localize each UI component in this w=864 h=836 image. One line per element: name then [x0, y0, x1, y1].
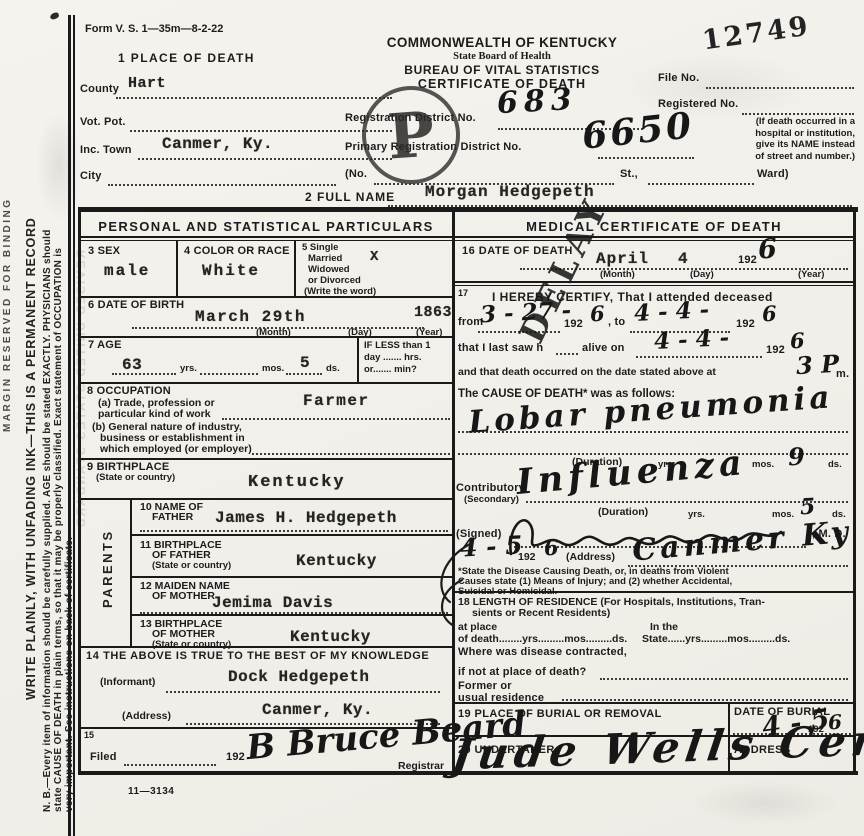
mother-birthplace-value: Kentucky [290, 628, 371, 646]
hospital-note-line: hospital or institution, [655, 128, 855, 140]
bleed-through-ghost-text: REVISED UNITED STATES STANDARD [74, 250, 88, 529]
personal-section-header: PERSONAL AND STATISTICAL PARTICULARS [80, 219, 452, 234]
item-17-number: 17 [458, 288, 468, 298]
knowledge-statement: 14 THE ABOVE IS TRUE TO THE BEST OF MY K… [86, 650, 429, 662]
duration-ds-label: ds. [828, 459, 842, 470]
table-border-right [853, 207, 856, 775]
margin-write-plainly-note: WRITE PLAINLY, WITH UNFADING INK—THIS IS… [24, 217, 38, 700]
time-m-label: m. [836, 368, 849, 381]
if-not-at-place-label: if not at place of death? [458, 666, 586, 679]
commonwealth-title: COMMONWEALTH OF KENTUCKY [352, 35, 652, 50]
registered-no-label: Registered No. [658, 98, 738, 111]
date-of-death-month-value: April [596, 250, 649, 268]
street-no-label: (No. [345, 168, 367, 181]
margin-binding-note: MARGIN RESERVED FOR BINDING [2, 197, 13, 432]
sex-label: 3 SEX [88, 245, 120, 258]
city-line [108, 183, 336, 186]
rule [80, 498, 452, 500]
age-line [112, 372, 176, 375]
inc-town-line [138, 157, 392, 160]
occupation-value: Farmer [303, 392, 370, 410]
rule [455, 285, 853, 286]
stamp-letter: P [385, 97, 437, 173]
informant-label: (Informant) [100, 676, 155, 688]
secondary-label: (Secondary) [464, 494, 519, 505]
state-board-subtitle: State Board of Health [352, 51, 652, 62]
age-label: 7 AGE [88, 339, 122, 352]
county-line [116, 96, 392, 99]
usual-residence-line [562, 698, 848, 701]
file-no-line [706, 86, 854, 89]
residence-label-line2: sients or Recent Residents) [472, 607, 610, 619]
contributory-label: Contributory [456, 482, 525, 495]
informant-line [166, 690, 440, 693]
county-value: Hart [128, 75, 166, 92]
rule [455, 591, 853, 593]
dob-day-sublabel: (Day) [348, 327, 372, 338]
full-name-value: Morgan Hedgepeth [425, 183, 595, 201]
place-of-death-title: 1 PLACE OF DEATH [118, 51, 255, 65]
binding-rule-thin [73, 15, 75, 836]
margin-nb-line2: state CAUSE OF DEATH in plain terms, so … [53, 248, 64, 812]
marital-single-label: 5 Single [302, 242, 338, 253]
age-yrs-label: yrs. [180, 363, 197, 374]
informant-address-value: Canmer, Ky. [262, 701, 373, 719]
father-name-line [140, 529, 448, 532]
attended-to-year-handwritten: 6 [761, 301, 777, 327]
death-occurred-label: and that death occurred on the date stat… [458, 366, 716, 378]
cell-divider [176, 240, 178, 296]
parents-cell-divider [130, 498, 132, 646]
of-death-duration-line: of death........yrs.........mos.........… [458, 633, 627, 645]
race-value: White [202, 262, 260, 280]
city-label: City [80, 170, 102, 183]
voting-precinct-label: Vot. Pot. [80, 116, 126, 129]
rule [130, 576, 452, 578]
rule [130, 534, 452, 536]
father-name-label-line2: FATHER [152, 511, 193, 523]
rule [130, 614, 452, 616]
date-of-death-day-value: 4 [678, 250, 688, 268]
age-mos-label: mos. [262, 363, 284, 374]
occupation-b-line [252, 452, 450, 455]
street-line [648, 182, 754, 185]
printed-192: 192 [738, 254, 757, 267]
dob-year-sublabel: (Year) [416, 327, 442, 338]
file-no-label: File No. [658, 72, 699, 85]
voting-precinct-line [130, 129, 392, 132]
marital-married-label: Married [308, 253, 342, 264]
dod-year-sublabel: (Year) [798, 269, 824, 280]
rule [80, 296, 452, 298]
attended-to-date-handwritten: 4 - 4 - [633, 296, 709, 327]
filed-year-printed: 192 [226, 751, 245, 764]
filed-label: Filed [90, 751, 117, 764]
dob-label: 6 DATE OF BIRTH [88, 299, 184, 312]
marital-widowed-label: Widowed [308, 264, 350, 275]
marital-divorced-label: or Divorced [308, 275, 361, 286]
rule [80, 382, 452, 384]
last-saw-year-handwritten: 6 [789, 328, 805, 354]
registration-district-value-handwritten: 683 [496, 82, 578, 121]
age-days-value: 5 [300, 354, 310, 372]
hospital-note-line: give its NAME instead [655, 139, 855, 151]
if-less-line2: day ....... hrs. [364, 352, 422, 363]
mother-name-line [140, 611, 448, 614]
dob-value: March 29th [195, 308, 306, 326]
marital-status-mark: X [370, 249, 379, 265]
cell-divider [294, 240, 296, 296]
scan-smudge [36, 110, 82, 220]
death-time-handwritten: 3 P [795, 349, 840, 380]
if-less-line3: or....... min? [364, 364, 417, 375]
ward-label: Ward) [757, 168, 789, 181]
medical-section-header: MEDICAL CERTIFICATE OF DEATH [455, 219, 853, 234]
if-less-line1: IF LESS than 1 [364, 340, 431, 351]
pen-flourish [432, 540, 472, 630]
father-birthplace-value: Kentucky [296, 552, 377, 570]
rule [80, 458, 452, 460]
printed-192: 192 [766, 344, 785, 357]
dob-year-value: 1863 [414, 304, 452, 321]
scan-smudge [690, 780, 840, 826]
informant-address-label: (Address) [122, 710, 171, 722]
former-label: Former or [458, 680, 512, 693]
him-her-strike [556, 352, 578, 355]
marital-write-word-label: (Write the word) [304, 286, 376, 297]
registered-no-line [742, 112, 854, 115]
rule [80, 646, 452, 648]
printed-192: 192 [736, 318, 755, 331]
mother-birthplace-sublabel: (State or country) [152, 639, 231, 650]
occupation-a-line2: particular kind of work [98, 408, 211, 420]
duration-mos-label: mos. [752, 459, 774, 470]
sex-value: male [104, 262, 150, 280]
mother-name-label-line2: OF MOTHER [152, 590, 215, 602]
dod-day-sublabel: (Day) [690, 269, 714, 280]
binding-rule [68, 15, 71, 836]
in-the-label: In the [650, 621, 678, 633]
printed-192: 192 [564, 318, 583, 331]
date-of-death-year-handwritten: 6 [757, 234, 777, 266]
saw-date-line [636, 355, 762, 358]
to-label: , to [608, 316, 625, 329]
occupation-b-line3: which employed (or employer) [100, 443, 252, 455]
attended-from-year-handwritten: 6 [589, 301, 605, 327]
informant-value: Dock Hedgepeth [228, 668, 369, 686]
last-saw-label: that I last saw h [458, 342, 543, 355]
table-border-top [78, 207, 858, 212]
birthplace-sublabel: (State or country) [96, 472, 175, 483]
last-saw-date-handwritten: 4 - 4 - [653, 324, 729, 355]
parents-vertical-label: PARENTS [100, 529, 115, 608]
rule [455, 281, 853, 283]
street-label: St., [620, 168, 638, 181]
birthplace-value: Kentucky [248, 473, 346, 492]
filed-line [124, 763, 216, 766]
age-line [286, 372, 322, 375]
occupation-a-line [222, 417, 450, 420]
pen-mark [49, 12, 60, 21]
rule [455, 240, 853, 241]
race-label: 4 COLOR OR RACE [184, 245, 290, 258]
bureau-subtitle: BUREAU OF VITAL STATISTICS [352, 63, 652, 77]
table-center-divider [452, 212, 455, 773]
table-border-left [78, 207, 81, 775]
rule [80, 240, 452, 241]
form-plate-number: 11—3134 [128, 786, 174, 797]
county-label: County [80, 83, 119, 96]
disease-contracted-label: Where was disease contracted, [458, 646, 627, 659]
occupation-label: 8 OCCUPATION [87, 385, 171, 398]
father-birthplace-sublabel: (State or country) [152, 560, 231, 571]
margin-nb-line1: N. B.—Every item of information should b… [42, 229, 53, 812]
inc-town-value: Canmer, Ky. [162, 135, 273, 153]
cell-divider [357, 336, 359, 382]
contributory-duration-days-handwritten: 5 [799, 494, 816, 521]
full-name-label: 2 FULL NAME [305, 190, 395, 204]
age-ds-label: ds. [326, 363, 340, 374]
serial-number-stamp: 12749 [700, 11, 812, 57]
age-line [200, 372, 258, 375]
item-15-number: 15 [84, 730, 94, 740]
cause-duration-days-handwritten: 9 [787, 442, 805, 472]
hospital-note-line: (If death occurred in a [655, 116, 855, 128]
dod-month-sublabel: (Month) [600, 269, 635, 280]
inc-town-label: Inc. Town [80, 144, 132, 157]
mother-name-value: Jemima Davis [212, 594, 333, 612]
state-duration-line: State......yrs.........mos.........ds. [642, 633, 790, 645]
rule [455, 236, 853, 238]
hospital-note: (If death occurred in a hospital or inst… [655, 116, 855, 162]
rule [80, 236, 452, 238]
alive-on-label: alive on [582, 342, 625, 355]
hospital-note-line: of street and number.) [655, 151, 855, 163]
form-number: Form V. S. 1—35m—8-2-22 [85, 23, 223, 35]
registrar-label: Registrar [398, 760, 444, 772]
father-name-value: James H. Hedgepeth [215, 509, 397, 527]
death-certificate-scan: MARGIN RESERVED FOR BINDING WRITE PLAINL… [0, 0, 864, 836]
contracted-line [600, 677, 848, 680]
dob-month-sublabel: (Month) [256, 327, 291, 338]
